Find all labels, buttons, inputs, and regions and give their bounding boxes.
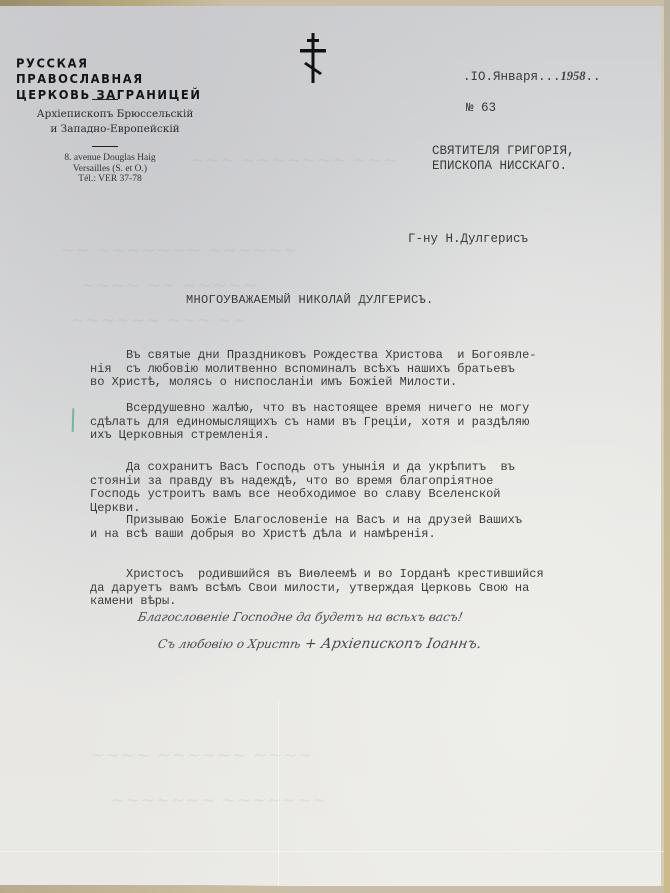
letter-number: № 63 xyxy=(466,101,496,115)
address-street: 8. avenue Douglas Haig xyxy=(50,153,170,164)
divider xyxy=(92,99,118,100)
address-phone: Tél.: VER 37-78 xyxy=(50,174,170,185)
paper-right-edge xyxy=(664,0,670,893)
archbishop-title: Архiепископъ Брюссельскiй и Западно-Евро… xyxy=(30,107,200,137)
church-name: РУССКАЯ ПРАВОСЛАВНАЯ ЦЕРКОВЬ ЗАГРАНИЦЕЙ xyxy=(16,56,206,103)
address-city: Versailles (S. et O.) xyxy=(50,164,170,175)
letter-date: .IO.Января...1958.. xyxy=(463,69,601,84)
bleed-through-text: ~~~~ ~~~~~~ ~~~~ xyxy=(88,745,315,766)
bleed-through-text: ~~ ~~~~~~~ ~~~~~~ xyxy=(58,240,300,261)
saint-line1: СВЯТИТЕЛЯ ГРИГОРIЯ, xyxy=(432,144,575,159)
handwritten-closing: Съ любовiю о Христѣ xyxy=(157,637,302,651)
paragraph-5: Христосъ родившийся въ Виѳлеемѣ и во Iор… xyxy=(90,568,610,609)
date-day-month: .IO.Января... xyxy=(463,70,561,84)
saint-line2: ЕПИСКОПА НИССКАГО. xyxy=(432,159,575,174)
fold-crease-horizontal xyxy=(0,851,664,852)
feast-day-saint: СВЯТИТЕЛЯ ГРИГОРIЯ, ЕПИСКОПА НИССКАГО. xyxy=(432,144,575,174)
letterhead-address: 8. avenue Douglas Haig Versailles (S. et… xyxy=(50,153,170,185)
background-strip-bottom xyxy=(0,885,290,893)
church-name-line1: РУССКАЯ ПРАВОСЛАВНАЯ xyxy=(16,56,206,88)
date-suffix: .. xyxy=(586,70,601,84)
date-year: 1958 xyxy=(561,69,586,83)
addressee: Г-ну Н.Дулгерисъ xyxy=(408,232,528,246)
archbishop-line2: и Западно-Европейскiй xyxy=(30,122,200,137)
paragraph-1: Въ святые дни Праздниковъ Рождества Хрис… xyxy=(90,349,610,390)
divider xyxy=(92,146,118,147)
bleed-through-text: ~~~~~~~ ~~~~~~~ xyxy=(108,790,329,811)
signature: + Архiепископъ Iоаннъ. xyxy=(304,636,483,652)
salutation: МНОГОУВАЖАЕМЫЙ НИКОЛАЙ ДУЛГЕРИСЪ. xyxy=(186,293,434,307)
archbishop-line1: Архiепископъ Брюссельскiй xyxy=(30,107,200,122)
paragraph-2: Всердушевно жалѣю, что въ настоящее врем… xyxy=(90,402,610,443)
handwritten-blessing: Благословенiе Господне да будетъ на всѣх… xyxy=(137,610,464,624)
church-name-line2: ЦЕРКОВЬ ЗАГРАНИЦЕЙ xyxy=(16,87,206,103)
bleed-through-text: ~~~ ~~~~~~~ ~~~ xyxy=(188,150,400,171)
orthodox-cross-icon xyxy=(298,33,328,83)
bleed-through-text: ~~~~~~ ~~~ ~~ xyxy=(68,310,250,331)
paragraph-3: Да сохранитъ Васъ Господь отъ унынiя и д… xyxy=(90,461,610,515)
paragraph-4: Призываю Божiе Благословенiе на Васъ и н… xyxy=(90,514,610,541)
